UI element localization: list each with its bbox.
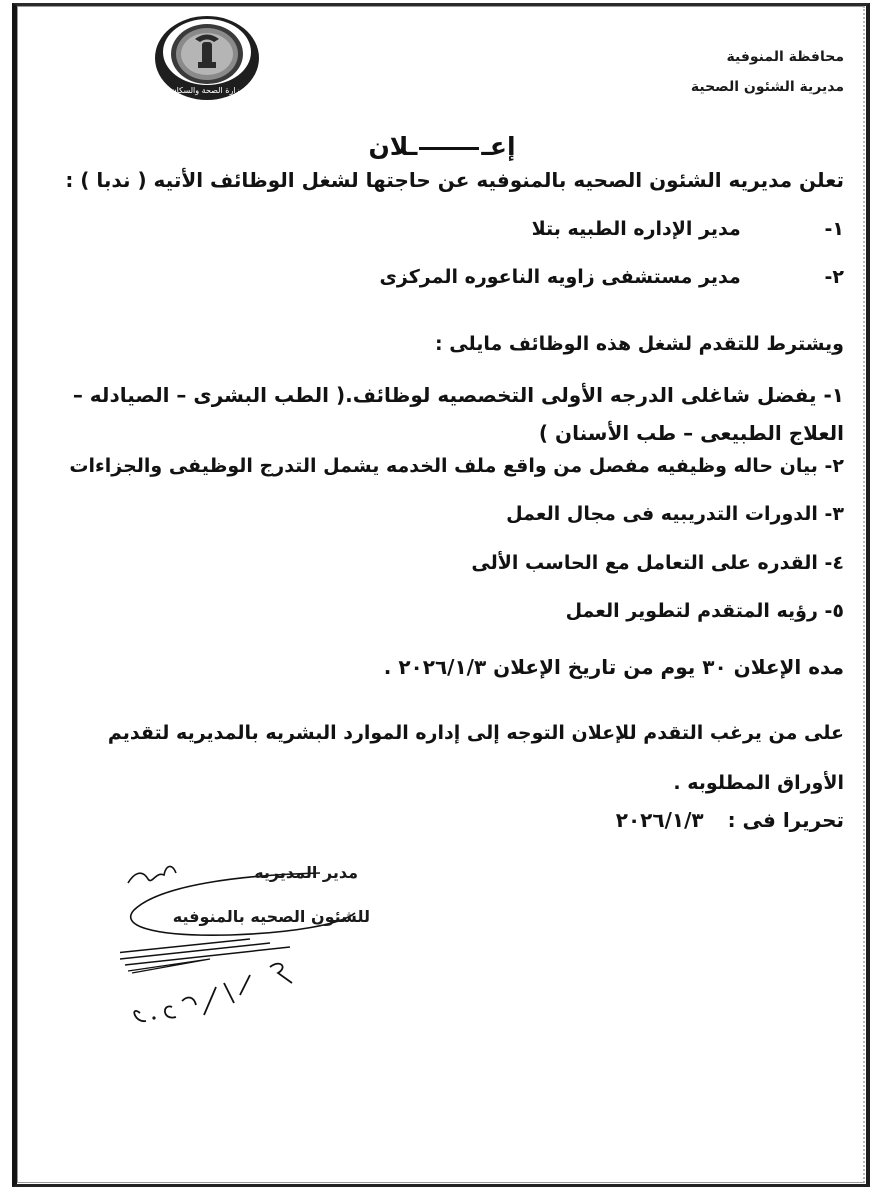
signatory-title-line1: مدير المديريه xyxy=(254,863,358,882)
issue-date-label: تحريرا فى : xyxy=(728,808,844,832)
requirement-item: ٢- بيان حاله وظيفيه مفصل من واقع ملف الخ… xyxy=(69,455,844,477)
issue-date-value: ٢٠٢٦/١/٣ xyxy=(616,808,704,832)
handwritten-signature-icon xyxy=(120,855,380,1055)
signatory-title-line2: للشئون الصحيه بالمنوفيه xyxy=(173,907,370,926)
page-title: إعــلان xyxy=(0,132,884,161)
announcement-intro: تعلن مديريه الشئون الصحيه بالمنوفيه عن ح… xyxy=(65,168,844,192)
signature-block: مدير المديريه للشئون الصحيه بالمنوفيه xyxy=(120,855,380,1055)
announcement-duration: مده الإعلان ٣٠ يوم من تاريخ الإعلان ٢٠٢٦… xyxy=(384,655,844,679)
requirements-heading: ويشترط للتقدم لشغل هذه الوظائف مايلى : xyxy=(435,333,844,355)
requirement-item: ٤- القدره على التعامل مع الحاسب الألى xyxy=(471,552,844,574)
svg-text:وزارة الصحة والسكان: وزارة الصحة والسكان xyxy=(171,86,244,95)
directorate-name: مديرية الشئون الصحية xyxy=(691,72,844,102)
job-title: مدير الإداره الطبيه بتلا xyxy=(532,218,741,240)
requirement-item: ١- يفضل شاغلى الدرجه الأولى التخصصيه لوظ… xyxy=(70,376,844,452)
letterhead: محافظة المنوفية مديرية الشئون الصحية xyxy=(691,42,844,102)
job-title: مدير مستشفى زاويه الناعوره المركزى xyxy=(380,266,741,288)
governorate-name: محافظة المنوفية xyxy=(691,42,844,72)
job-number: ١- xyxy=(784,218,844,240)
job-number: ٢- xyxy=(784,266,844,288)
job-item: ١- مدير الإداره الطبيه بتلا xyxy=(532,218,844,240)
requirement-item: ٣- الدورات التدريبيه فى مجال العمل xyxy=(506,503,844,525)
application-instructions: على من يرغب التقدم للإعلان التوجه إلى إد… xyxy=(70,708,844,808)
issue-date-line: تحريرا فى : ٢٠٢٦/١/٣ xyxy=(616,808,844,832)
job-item: ٢- مدير مستشفى زاويه الناعوره المركزى xyxy=(380,266,844,288)
requirement-item: ٥- رؤيه المتقدم لتطوير العمل xyxy=(566,600,844,622)
ministry-of-health-seal-icon: وزارة الصحة والسكان xyxy=(152,14,262,110)
